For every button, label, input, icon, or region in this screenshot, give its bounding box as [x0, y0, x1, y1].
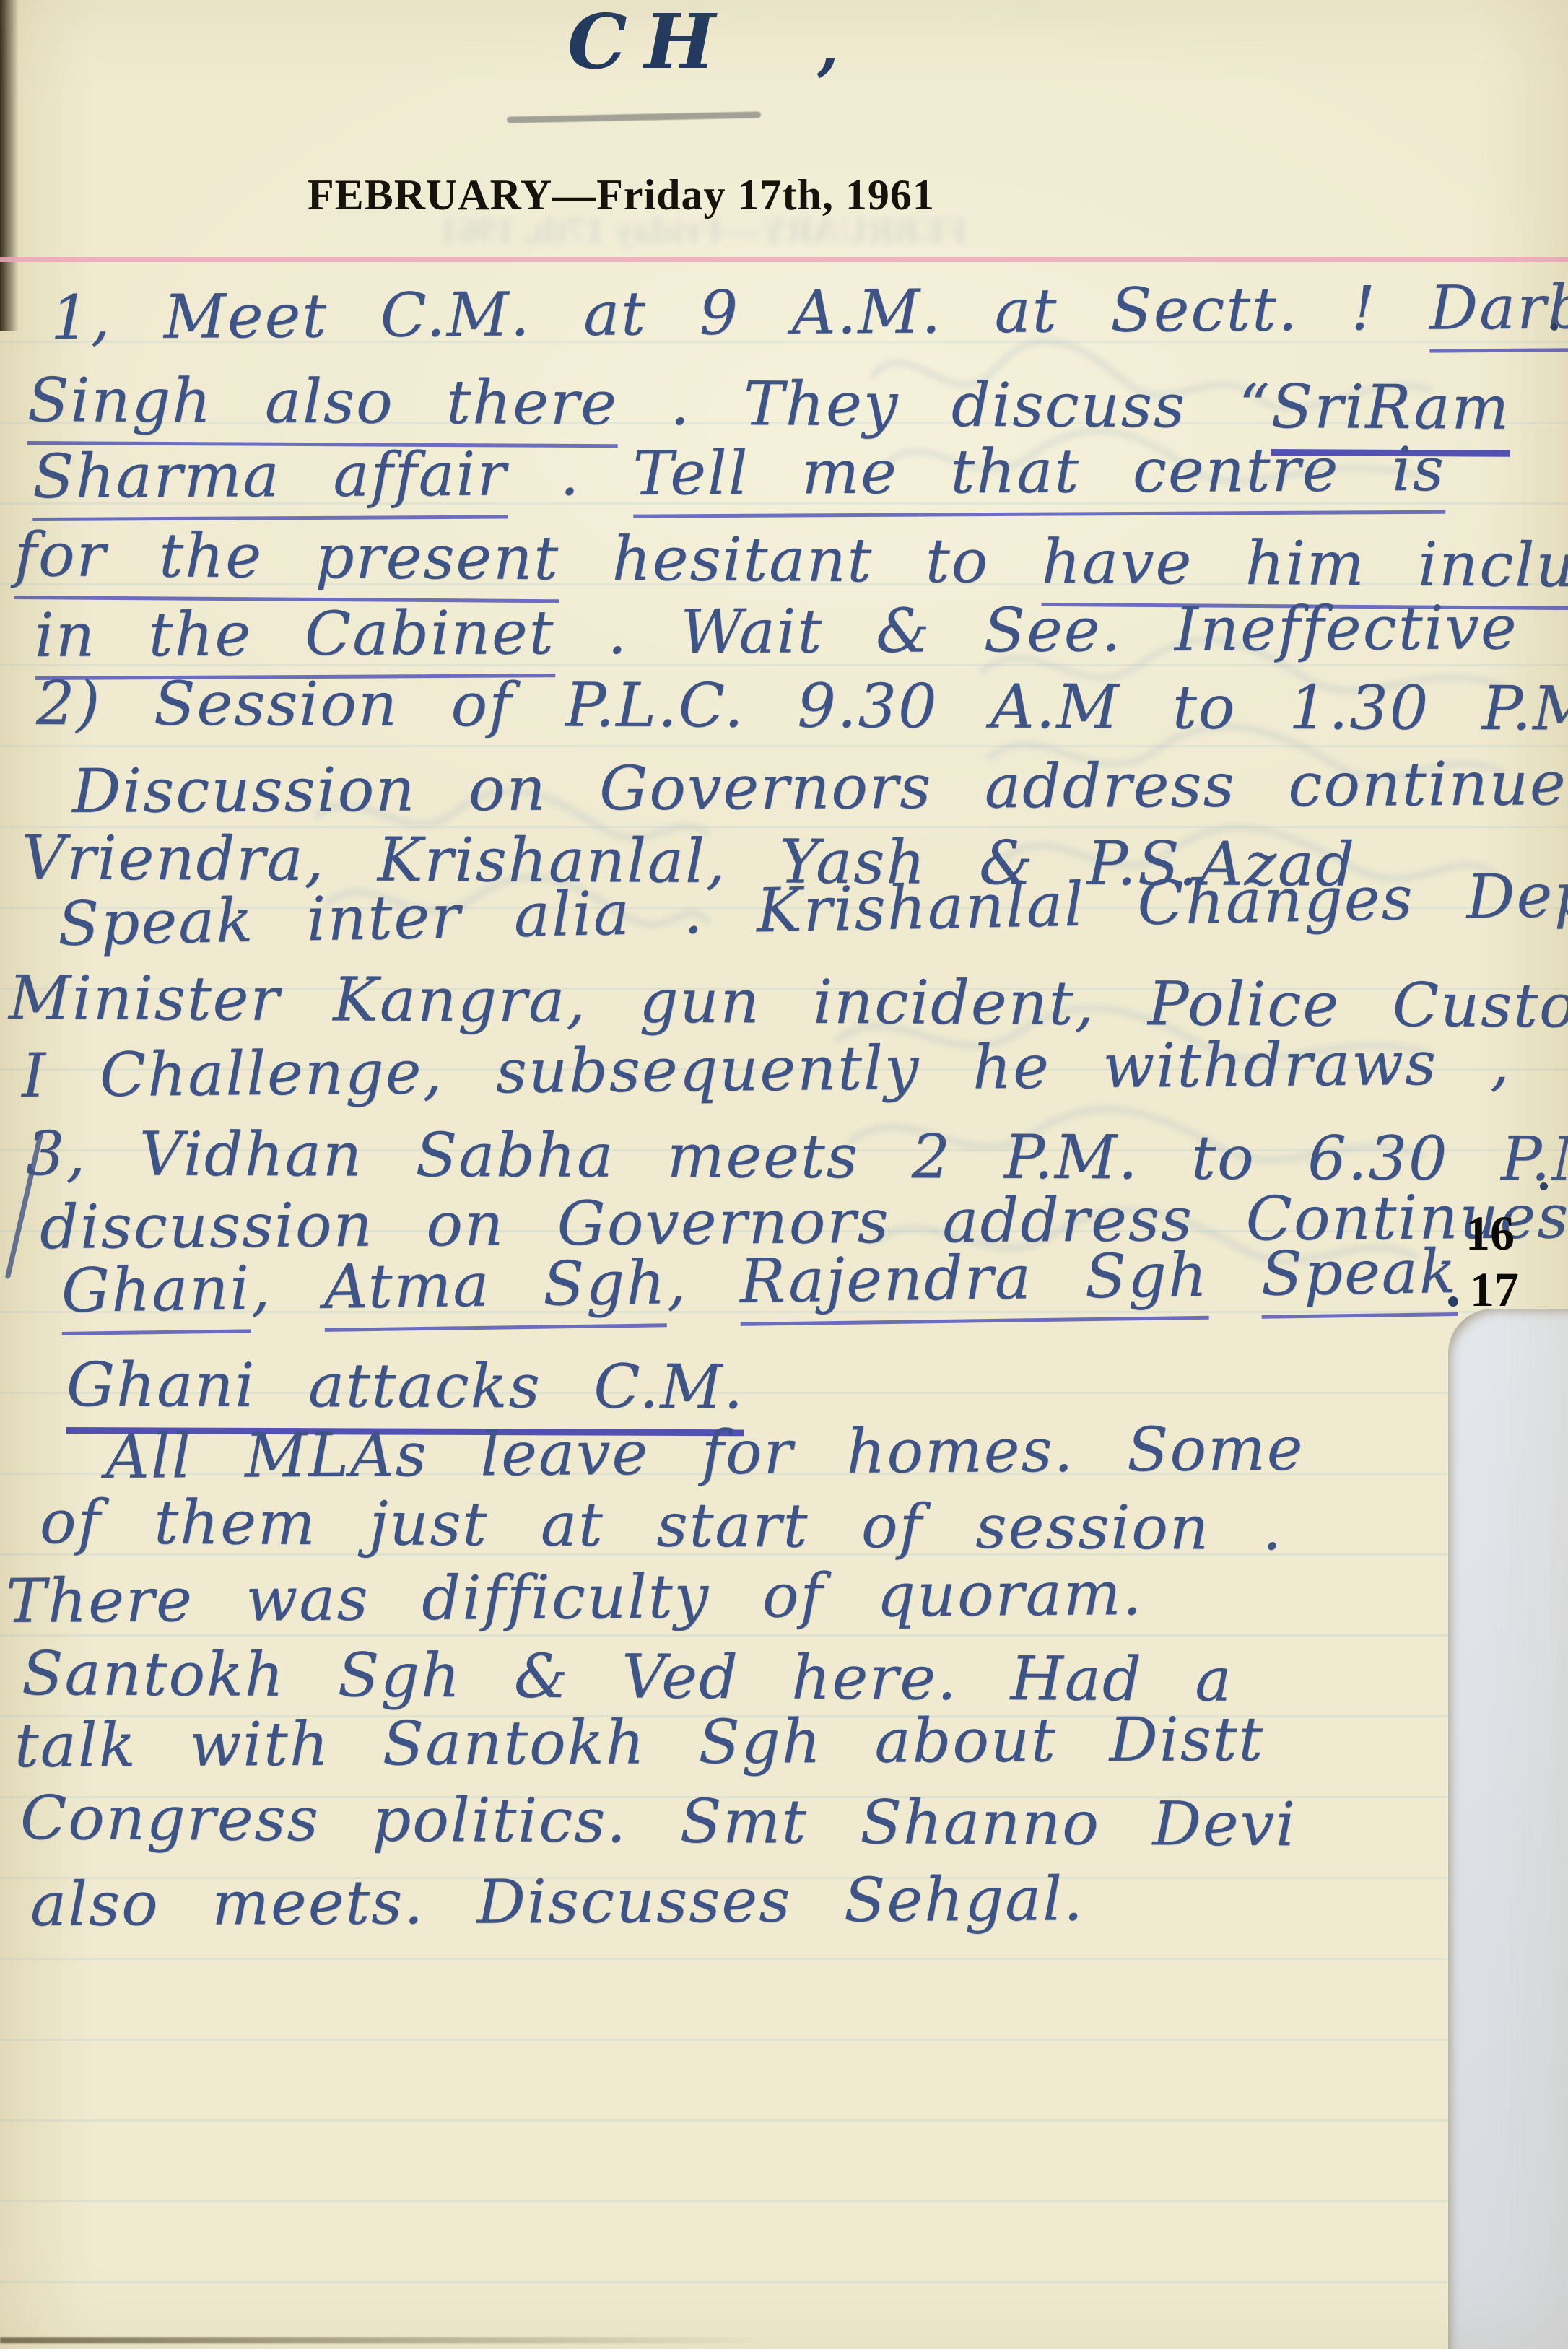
- underlined-phrase: Speak: [1260, 1236, 1458, 1319]
- underlined-phrase: Atma Sgh: [323, 1247, 667, 1332]
- underlined-phrase: Sharma affair: [32, 439, 508, 521]
- handwriting-line: Sharma affair . Tell me that centre is: [32, 439, 1445, 507]
- phrase: . They discuss “: [618, 367, 1271, 442]
- phrase: hesitant to: [559, 523, 1042, 597]
- phrase: 2) Session of P.L.C. 9.30 A.M to 1.30 P.…: [36, 668, 1568, 744]
- handwriting-line: talk with Santokh Sgh about Distt: [14, 1709, 1265, 1776]
- underlined-phrase: Rajendra Sgh: [739, 1239, 1209, 1326]
- phrase: All MLAs leave for homes. Some: [105, 1413, 1305, 1492]
- phrase: of them just at start of session .: [40, 1486, 1284, 1564]
- underlined-phrase: Tell me that centre is: [633, 434, 1446, 518]
- page-number-16: 16: [1465, 1208, 1515, 1258]
- phrase: I Challenge, subsequently he withdraws ,: [22, 1027, 1511, 1111]
- handwriting-line: Santokh Sgh & Ved here. Had a: [22, 1643, 1233, 1710]
- underlined-phrase: Singh also there: [27, 365, 618, 448]
- ruled-line: [0, 2281, 1568, 2283]
- ruled-line: [0, 2200, 1568, 2202]
- phrase: ,: [251, 1252, 325, 1323]
- handwriting-line: of them just at start of session .: [40, 1491, 1284, 1559]
- handwriting-line: also meets. Discusses Sehgal.: [30, 1868, 1084, 1935]
- heading-underline: [507, 111, 761, 123]
- thumb-index-notch: [1448, 1309, 1568, 2349]
- ruled-line: [0, 2119, 1568, 2122]
- diary-page: CH , FEBRUARY—Friday 17th, 1961 FEBRUARY…: [0, 0, 1568, 2349]
- underlined-phrase: Darbara: [1429, 271, 1568, 353]
- handwriting-line: I Challenge, subsequently he withdraws ,: [22, 1032, 1511, 1106]
- handwriting-line: Minister Kangra, gun incident, Police Cu…: [9, 967, 1568, 1037]
- handwriting-line: in the Cabinet . Wait & See. Ineffective…: [35, 596, 1568, 666]
- printed-date-header: FEBRUARY—Friday 17th, 1961: [308, 173, 935, 217]
- handwriting-line: All MLAs leave for homes. Some: [105, 1418, 1305, 1487]
- phrase: ,: [666, 1246, 741, 1317]
- handwriting-line: 1, Meet C.M. at 9 A.M. at Sectt. ! Darba…: [51, 276, 1568, 348]
- phrase: .: [507, 438, 633, 510]
- handwritten-heading-comma: ,: [817, 16, 839, 78]
- phrase: . Wait & See. Ineffective he.: [554, 591, 1568, 668]
- underlined-phrase: Ghani: [61, 1252, 251, 1335]
- handwriting-line: for the present hesitant to have him inc…: [14, 524, 1568, 596]
- handwriting-line: 3, Vidhan Sabha meets 2 P.M. to 6.30 P.M…: [26, 1123, 1568, 1190]
- phrase: Discussion on Governors address continue…: [72, 748, 1568, 827]
- handwritten-heading: CH: [567, 4, 733, 79]
- phrase: talk with Santokh Sgh about Distt: [14, 1704, 1265, 1781]
- item-3-bracket-stroke: [5, 1132, 44, 1279]
- handwriting-line: Congress politics. Smt Shanno Devi: [20, 1787, 1297, 1855]
- phrase: 1, Meet C.M. at 9 A.M. at Sectt. !: [51, 273, 1429, 353]
- ink-dot: [1540, 1182, 1548, 1190]
- handwriting-line: 2) Session of P.L.C. 9.30 A.M to 1.30 P.…: [36, 673, 1568, 739]
- ruled-line: [0, 2039, 1568, 2041]
- handwriting-line: Singh also there . They discuss “SriRam: [27, 370, 1511, 438]
- phrase: Congress politics. Smt Shanno Devi: [20, 1782, 1297, 1860]
- page-number-17: 17: [1470, 1265, 1519, 1314]
- phrase: also meets. Discusses Sehgal.: [30, 1863, 1084, 1940]
- phrase: [1208, 1239, 1261, 1310]
- ruled-line: [0, 1958, 1568, 1960]
- handwriting-line: Ghani attacks C.M.: [66, 1354, 744, 1417]
- handwriting-line: Ghani, Atma Sgh, Rajendra Sgh Speak: [61, 1241, 1458, 1321]
- phrase: Santokh Sgh & Ved here. Had a: [22, 1638, 1233, 1715]
- page-edge-shadow-left: [0, 0, 19, 331]
- handwriting-line: Discussion on Governors address continue…: [72, 753, 1568, 822]
- phrase: There was difficulty of quoram.: [6, 1558, 1144, 1637]
- underlined-phrase: for the present: [14, 519, 560, 603]
- ink-dot: [1448, 1296, 1458, 1307]
- pink-head-rule: [0, 257, 1568, 262]
- handwriting-line: There was difficulty of quoram.: [6, 1563, 1144, 1631]
- ink-dot: [1551, 323, 1558, 331]
- page-edge-shadow-bottom: [0, 2337, 762, 2343]
